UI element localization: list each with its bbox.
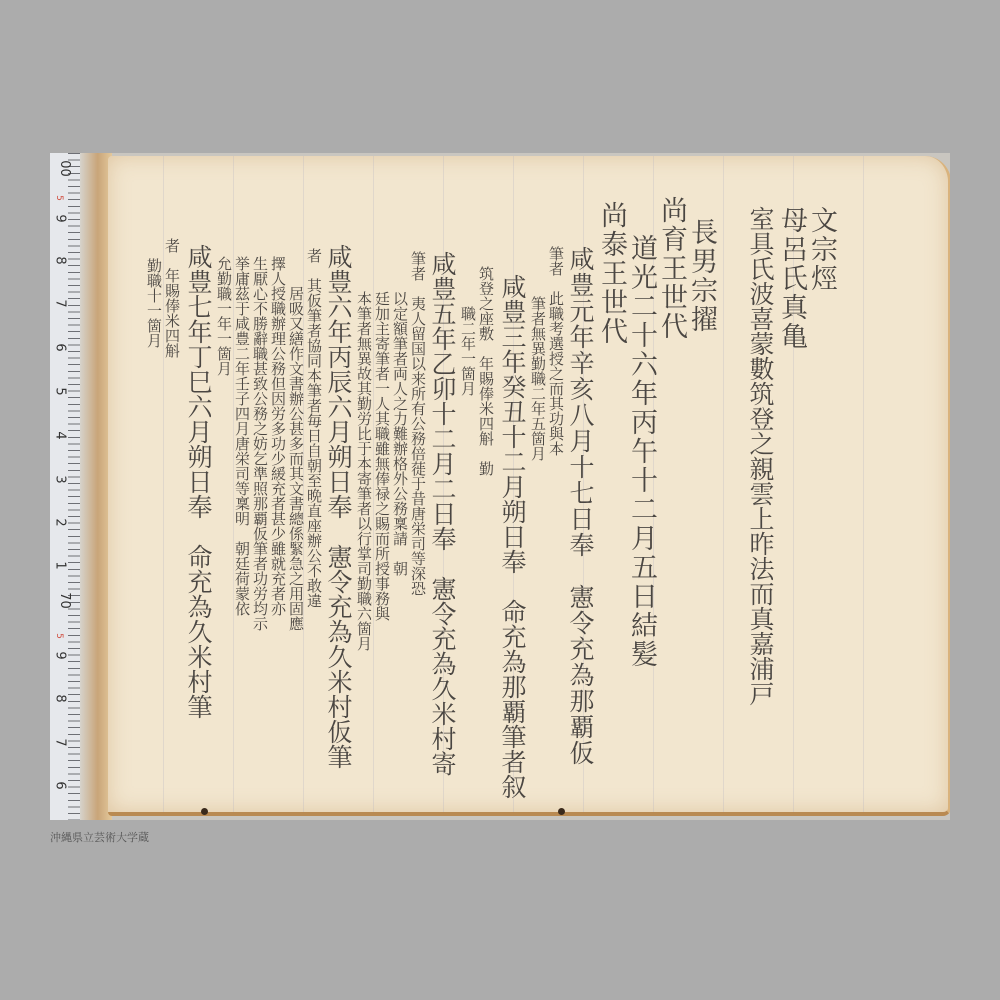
ruler-label: 7 xyxy=(53,738,68,746)
text-column: 本筆者無異故其勤労比于本寄筆者以行掌司勤職六箇月 xyxy=(356,291,371,651)
text-column: 生厭心不勝辭職甚致公務之妨乞準照那覇仮筆者功労均示 xyxy=(252,256,267,631)
text-column: 道光二十六年丙午十二月五日結髪 xyxy=(628,234,655,669)
ruler-red-mark: 5 xyxy=(54,633,64,639)
text-column: 尚育王世代 xyxy=(658,196,685,341)
ruler-label: 9 xyxy=(53,651,68,659)
text-column: 允勤職一年一箇月 xyxy=(216,256,231,376)
ruler-label: 3 xyxy=(53,475,68,483)
text-column: 室具氏波喜蒙數筑登之親雲上昨法而真嘉浦戸 xyxy=(748,206,773,706)
text-column: 文宗烴 xyxy=(808,206,835,293)
measuring-ruler: 00 5 9 8 7 6 5 4 3 2 1 70 5 9 8 7 6 xyxy=(50,153,81,820)
ruler-label: 6 xyxy=(53,343,68,351)
text-column: 筆者 夷人留国以来所有公務倍蓰于昔唐栄司等深恐 xyxy=(410,251,425,596)
ruler-label: 6 xyxy=(53,781,68,789)
text-column: 咸豊六年丙辰六月朔日奉 憲令充為久米村仮筆 xyxy=(326,244,351,769)
binding-hole xyxy=(201,808,208,815)
text-column: 者 年賜俸米四斛 xyxy=(164,238,179,358)
text-column: 咸豊三年癸丑十二月朔日奉 命充為那覇筆者叙 xyxy=(500,274,525,799)
manuscript-page: 文宗烴 母呂氏真亀 室具氏波喜蒙數筑登之親雲上昨法而真嘉浦戸 長男宗擢 尚育王世… xyxy=(108,156,950,816)
text-column: 筑登之座敷 年賜俸米四斛 勤 xyxy=(478,266,493,476)
text-column: 筆者無異勤職二年五箇月 xyxy=(530,296,545,461)
text-column: 尚泰王世代 xyxy=(598,201,625,346)
text-column: 母呂氏真亀 xyxy=(778,206,805,351)
text-column: 職二年一箇月 xyxy=(460,306,475,396)
ruler-ticks xyxy=(68,153,80,820)
text-column: 咸豊元年辛亥八月十七日奉 憲令充為那覇仮 xyxy=(568,246,593,766)
ruler-label: 7 xyxy=(53,299,68,307)
ruler-red-mark: 5 xyxy=(54,195,64,201)
text-column: 咸豊五年乙卯十二月二日奉 憲令充為久米村寄 xyxy=(430,251,455,776)
binding-hole xyxy=(558,808,565,815)
ruler-label: 9 xyxy=(53,214,68,222)
text-column: 挙庸茲于咸豊二年壬子四月唐栄司等稟明 朝廷荷蒙依 xyxy=(234,256,249,616)
ruler-label: 1 xyxy=(53,561,68,569)
ruler-label: 2 xyxy=(53,518,68,526)
text-column: 筆者 此職考選授之而其功與本 xyxy=(548,246,563,456)
ruler-label: 8 xyxy=(53,256,68,264)
text-column: 勤職十一箇月 xyxy=(146,258,161,348)
text-column: 長男宗擢 xyxy=(688,218,715,334)
ruler-label: 5 xyxy=(53,387,68,395)
text-column: 擇人授職辦理公務但因労多功少緩充者甚少雖就充者亦 xyxy=(270,256,285,616)
ruler-label: 00 xyxy=(57,160,72,177)
manuscript-photo: 00 5 9 8 7 6 5 4 3 2 1 70 5 9 8 7 6 文宗烴 … xyxy=(50,153,950,820)
text-column: 者 其仮筆者協同本筆者毎日自朝至晩直座辦公不敢違 xyxy=(306,248,321,608)
collection-credit: 沖縄県立芸術大学蔵 xyxy=(50,829,149,845)
text-column: 咸豊七年丁巳六月朔日奉 命充為久米村筆 xyxy=(186,244,211,719)
text-column: 以定額筆者両人之力難辦格外公務稟請 朝 xyxy=(392,291,407,576)
ruler-label: 8 xyxy=(53,694,68,702)
text-column: 廷加主寄筆者一人其職雖無俸禄之賜而所授事務與 xyxy=(374,291,389,621)
text-column: 居吸又繕作文書辦公甚多而其文書總係緊急之用固應 xyxy=(288,286,303,631)
ruler-label: 70 xyxy=(57,592,72,609)
ruler-label: 4 xyxy=(53,431,68,439)
